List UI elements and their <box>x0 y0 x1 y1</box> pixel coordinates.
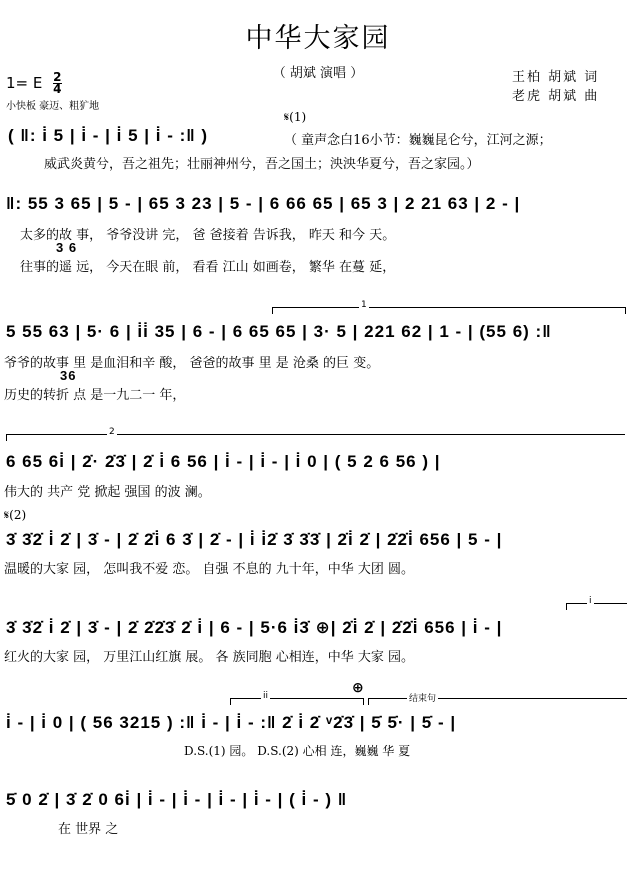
key-signature: 1= E 2 4 <box>6 72 62 95</box>
composer-credit: 老虎 胡斌 曲 <box>512 85 599 104</box>
system-1-lyrics-verse2: 往事的遥 远， 今天在眼 前， 看看 江山 如画卷， 繁华 在蔓 延， <box>20 256 395 275</box>
key-label: 1= E <box>6 74 42 92</box>
coda-icon: ⊕ <box>352 680 364 696</box>
system-7-notes: 5̇ 0 2̇ | 3̇ 2̇ 0 6i̇ | i̇ - | i̇ - | i̇… <box>6 790 347 810</box>
ending-bracket: 结束句 <box>368 698 627 705</box>
system-4-lyrics: 温暖的大家 园， 怎叫我不爱 恋。 自强 不息的 九十年，中华 大团 圆。 <box>4 558 414 577</box>
time-signature: 2 4 <box>53 72 61 95</box>
lyricist-credit: 王柏 胡斌 词 <box>512 66 599 85</box>
segno-2-mark: 𝄋(2) <box>4 508 26 523</box>
system-2-alt-notes: 36 <box>60 368 76 383</box>
volta-1-bracket: 1 <box>272 307 626 314</box>
system-5-lyrics: 红火的大家 园， 万里江山红旗 展。 各 族同胞 心相连，中华 大家 园。 <box>4 646 414 665</box>
system-2-lyrics-verse2: 历史的转折 点 是一九二一 年， <box>4 384 185 403</box>
system-1-notes: ‖: 55 3 65 | 5 - | 65 3 23 | 5 - | 6 66 … <box>6 194 520 214</box>
volta-i-label: i <box>587 596 594 606</box>
volta-2-label: 2 <box>107 427 117 437</box>
system-1-alt-notes: 3 6 <box>56 240 77 255</box>
volta-ii-bracket: ii <box>230 698 364 705</box>
system-6-notes: i̇ - | i̇ 0 | ( 56 3215 ) :‖ i̇ - | i̇ -… <box>6 713 456 733</box>
system-7-lyrics: 在 世界 之 <box>58 818 118 837</box>
system-3-lyrics: 伟大的 共产 党 掀起 强国 的波 澜。 <box>4 481 211 500</box>
system-4-notes: 3̇ 3̇2̇ i̇ 2̇ | 3̇ - | 2̇ 2̇i̇ 6 3̇ | 2̇… <box>6 530 502 550</box>
time-sig-bottom: 4 <box>53 82 61 96</box>
intro-narration-2: 威武炎黄兮，吾之祖先；壮丽神州兮，吾之国土；泱泱华夏兮，吾之家园。） <box>44 153 480 172</box>
volta-ii-label: ii <box>261 691 270 701</box>
system-2-notes: 5 55 63 | 5· 6 | i̇i̇ 35 | 6 - | 6 65 65… <box>6 322 552 342</box>
volta-2-bracket: 2 <box>6 434 625 441</box>
intro-notes: ( ‖: i̇ 5 | i̇ - | i̇ 5 | i̇ - :‖ ) <box>8 126 208 146</box>
tempo-marking: 小快板 豪迈、粗犷地 <box>6 97 99 112</box>
system-6-lyrics: D.S.(1) 园。 D.S.(2) 心相 连，巍巍 华 夏 <box>184 742 410 759</box>
ending-label: 结束句 <box>407 691 438 704</box>
intro-narration-1: （ 童声念白16小节：巍巍昆仑兮，江河之源； <box>284 129 552 148</box>
song-title: 中华大家园 <box>0 16 636 55</box>
system-5-notes: 3̇ 3̇2̇ i̇ 2̇ | 3̇ - | 2̇ 2̇2̇3̇ 2̇ i̇ |… <box>6 618 502 638</box>
system-3-notes: 6 65 6i̇ | 2̇· 2̇3̇ | 2̇ i̇ 6 56 | i̇ - … <box>6 452 440 472</box>
volta-1-label: 1 <box>359 300 369 310</box>
volta-i-bracket: i <box>566 603 627 610</box>
segno-1-mark: 𝄋(1) <box>284 110 306 125</box>
